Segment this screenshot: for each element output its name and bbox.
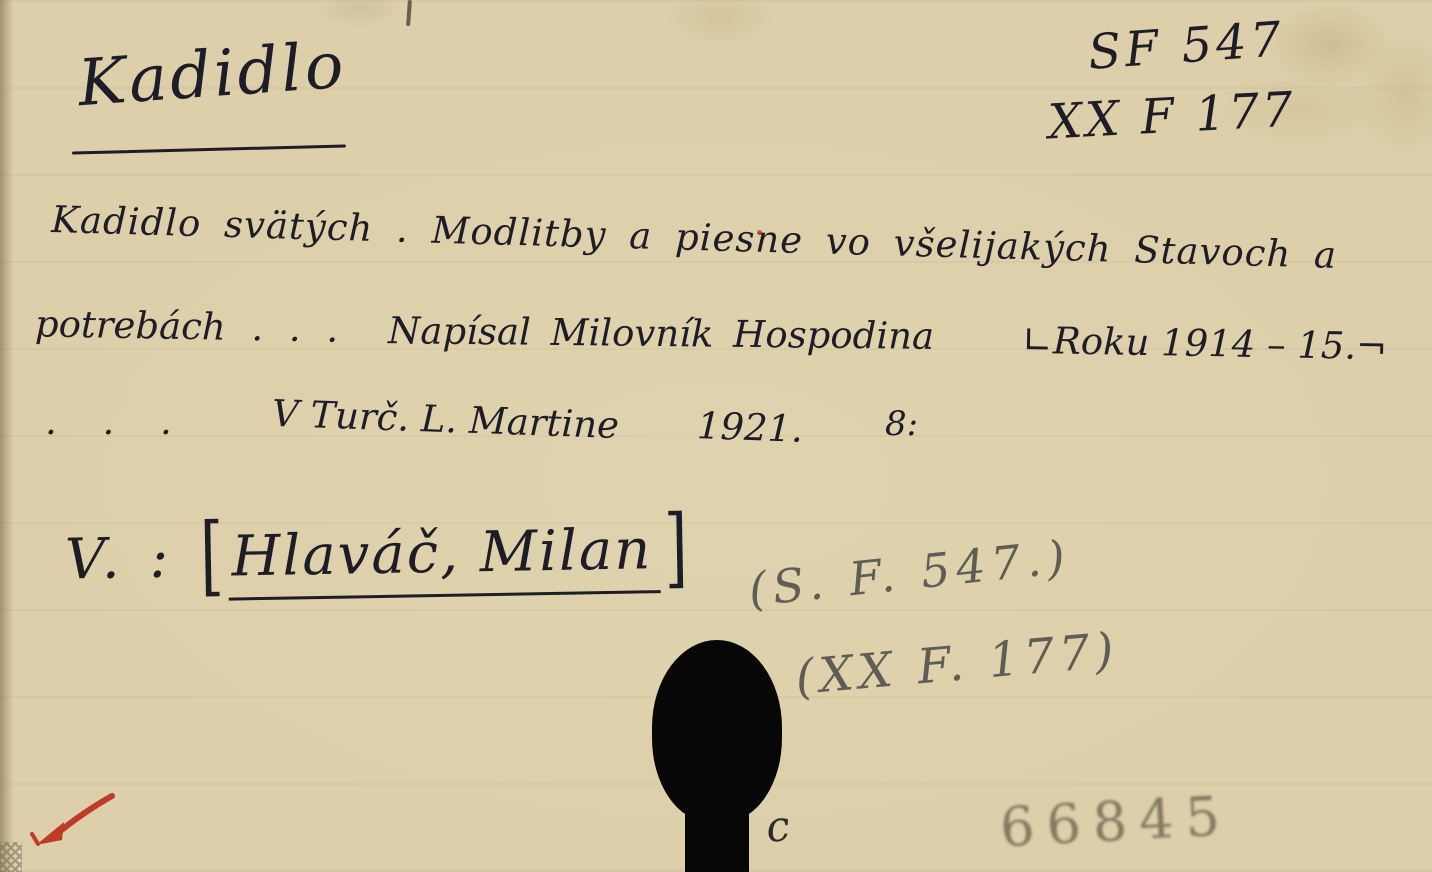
red-ink-speck [757,230,762,235]
scan-left-edge-shadow [0,0,14,872]
close-bracket: ] [659,497,692,599]
punch-hole-stem [685,790,749,872]
crossref-prefix: V. : [65,526,175,593]
call-number-sf: SF 547 [1086,11,1286,81]
crossref-name: Hlaváč, Milan [227,517,661,601]
title-line-2-date: ∟Roku 1914 – 15.¬ [1022,319,1388,368]
title-line-2-author: Napísal Milovník Hospodina [388,309,934,358]
title-line-1: Kadidlo svätých . Modlitby a piesne vo v… [51,198,1338,277]
open-bracket: [ [195,505,228,607]
imprint-year: 1921. [696,404,803,451]
heading-underline [72,144,346,154]
annotation-letter-c: c [764,801,793,852]
stamped-accession-number: 66845 [999,784,1234,859]
bottom-left-corner-texture [0,842,22,872]
cross-reference-line: V. :[Hlaváč, Milan] [64,513,692,594]
card-heading: Kadidlo [76,29,349,122]
pencil-shelfmark-1: (S. F. 547.) [746,529,1073,617]
red-check-mark [18,790,118,856]
imprint-place: V Turč. L. Martine [271,392,619,447]
keyhole-punch-hole [652,640,782,872]
call-number-xxf: XX F 177 [1047,82,1297,151]
top-edge-ink-mark [406,0,412,26]
pencil-shelfmark-2: (XX F. 177) [793,622,1121,706]
title-line-2-start: potrebách . . . [35,302,339,350]
imprint-format: 8: [885,404,918,444]
imprint-ellipsis: . . . [45,400,172,443]
catalog-card-scan: Kadidlo SF 547 XX F 177 Kadidlo svätých … [0,0,1432,872]
